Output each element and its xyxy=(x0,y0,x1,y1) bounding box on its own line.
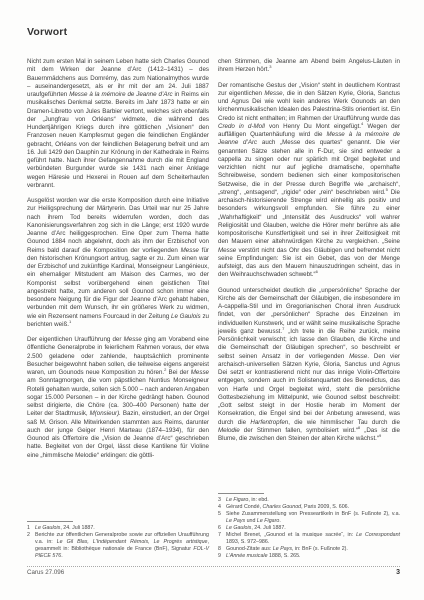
footnote-rule xyxy=(218,493,264,494)
footnote: 2Berichte zur öffentlichen Generalprobe … xyxy=(27,532,209,560)
page-number: 3 xyxy=(396,569,400,576)
footnote-text: Siehe Zusammenstellung von Presseartikel… xyxy=(226,511,400,525)
paragraph: Nicht zum ersten Mal in seinem Leben hat… xyxy=(27,58,209,190)
footnote-number: 8 xyxy=(218,546,226,553)
footnote-number: 5 xyxy=(218,511,226,525)
footnote-number: 1 xyxy=(27,525,35,532)
paragraph: Gounod unterscheidet deutlich die „unper… xyxy=(218,287,400,444)
page-title: Vorwort xyxy=(27,26,400,38)
footnote-rule xyxy=(27,521,73,522)
column-left: Nicht zum ersten Mal in seinem Leben hat… xyxy=(27,58,209,560)
footnote: 8Gounod-Zitate aus: Le Pays, in: BnF (s.… xyxy=(218,546,400,553)
footnote-number: 6 xyxy=(218,525,226,532)
footnote: 4Gérard Condé, Charles Gounod, Paris 200… xyxy=(218,504,400,511)
paragraph: Ausgelöst worden war die erste Kompositi… xyxy=(27,197,209,329)
footnote-text: Gérard Condé, Charles Gounod, Paris 2009… xyxy=(226,504,400,511)
paragraph: Der romantische Gestus der „Vision“ steh… xyxy=(218,82,400,280)
footnote-text: Le Gaulois, 24. Juli 1887. xyxy=(35,525,209,532)
footnote-number: 3 xyxy=(218,497,226,504)
footnote-text: L’Année musicale 1888, S. 265. xyxy=(226,553,400,560)
footnote-text: Le Figaro, in: ebd. xyxy=(226,497,400,504)
footnote-number: 4 xyxy=(218,504,226,511)
footnote-list: 1Le Gaulois, 24. Juli 1887.2Berichte zur… xyxy=(27,525,209,560)
footnote-number: 9 xyxy=(218,553,226,560)
catalog-number: Carus 27.096 xyxy=(27,569,64,576)
footnote-number: 2 xyxy=(27,532,35,560)
text-columns: Nicht zum ersten Mal in seinem Leben hat… xyxy=(27,58,400,560)
footnote: 9L’Année musicale 1888, S. 265. xyxy=(218,553,400,560)
footnote-text: Michel Brenet, „Gounod et la musique sac… xyxy=(226,532,400,546)
footnote-text: Berichte zur öffentlichen Generalprobe s… xyxy=(35,532,209,560)
footnote-text: Gounod-Zitate aus: Le Pays, in: BnF (s. … xyxy=(226,546,400,553)
footnote-number: 7 xyxy=(218,532,226,546)
column-left-body: Nicht zum ersten Mal in seinem Leben hat… xyxy=(27,58,209,460)
paragraph: Der eigentlichen Uraufführung der Messe … xyxy=(27,336,209,460)
page-footer: Carus 27.096 3 xyxy=(27,566,400,576)
document-page: Vorwort Nicht zum ersten Mal in seinem L… xyxy=(0,0,424,600)
column-right: chen Stimmen, die Jeanne am Abend beim A… xyxy=(218,58,400,560)
footnote: 3Le Figaro, in: ebd. xyxy=(218,497,400,504)
column-right-footnotes: 3Le Figaro, in: ebd.4Gérard Condé, Charl… xyxy=(218,493,400,560)
footnote: 5Siehe Zusammenstellung von Presseartike… xyxy=(218,511,400,525)
paragraph: chen Stimmen, die Jeanne am Abend beim A… xyxy=(218,58,400,75)
column-right-body: chen Stimmen, die Jeanne am Abend beim A… xyxy=(218,58,400,443)
footnote: 6Le Gaulois, 24. Juli 1887. xyxy=(218,525,400,532)
footnote: 7Michel Brenet, „Gounod et la musique sa… xyxy=(218,532,400,546)
column-left-footnotes: 1Le Gaulois, 24. Juli 1887.2Berichte zur… xyxy=(27,521,209,560)
footnote-list: 3Le Figaro, in: ebd.4Gérard Condé, Charl… xyxy=(218,497,400,560)
footnote-text: Le Gaulois, 24. Juli 1887. xyxy=(226,525,400,532)
footnote: 1Le Gaulois, 24. Juli 1887. xyxy=(27,525,209,532)
